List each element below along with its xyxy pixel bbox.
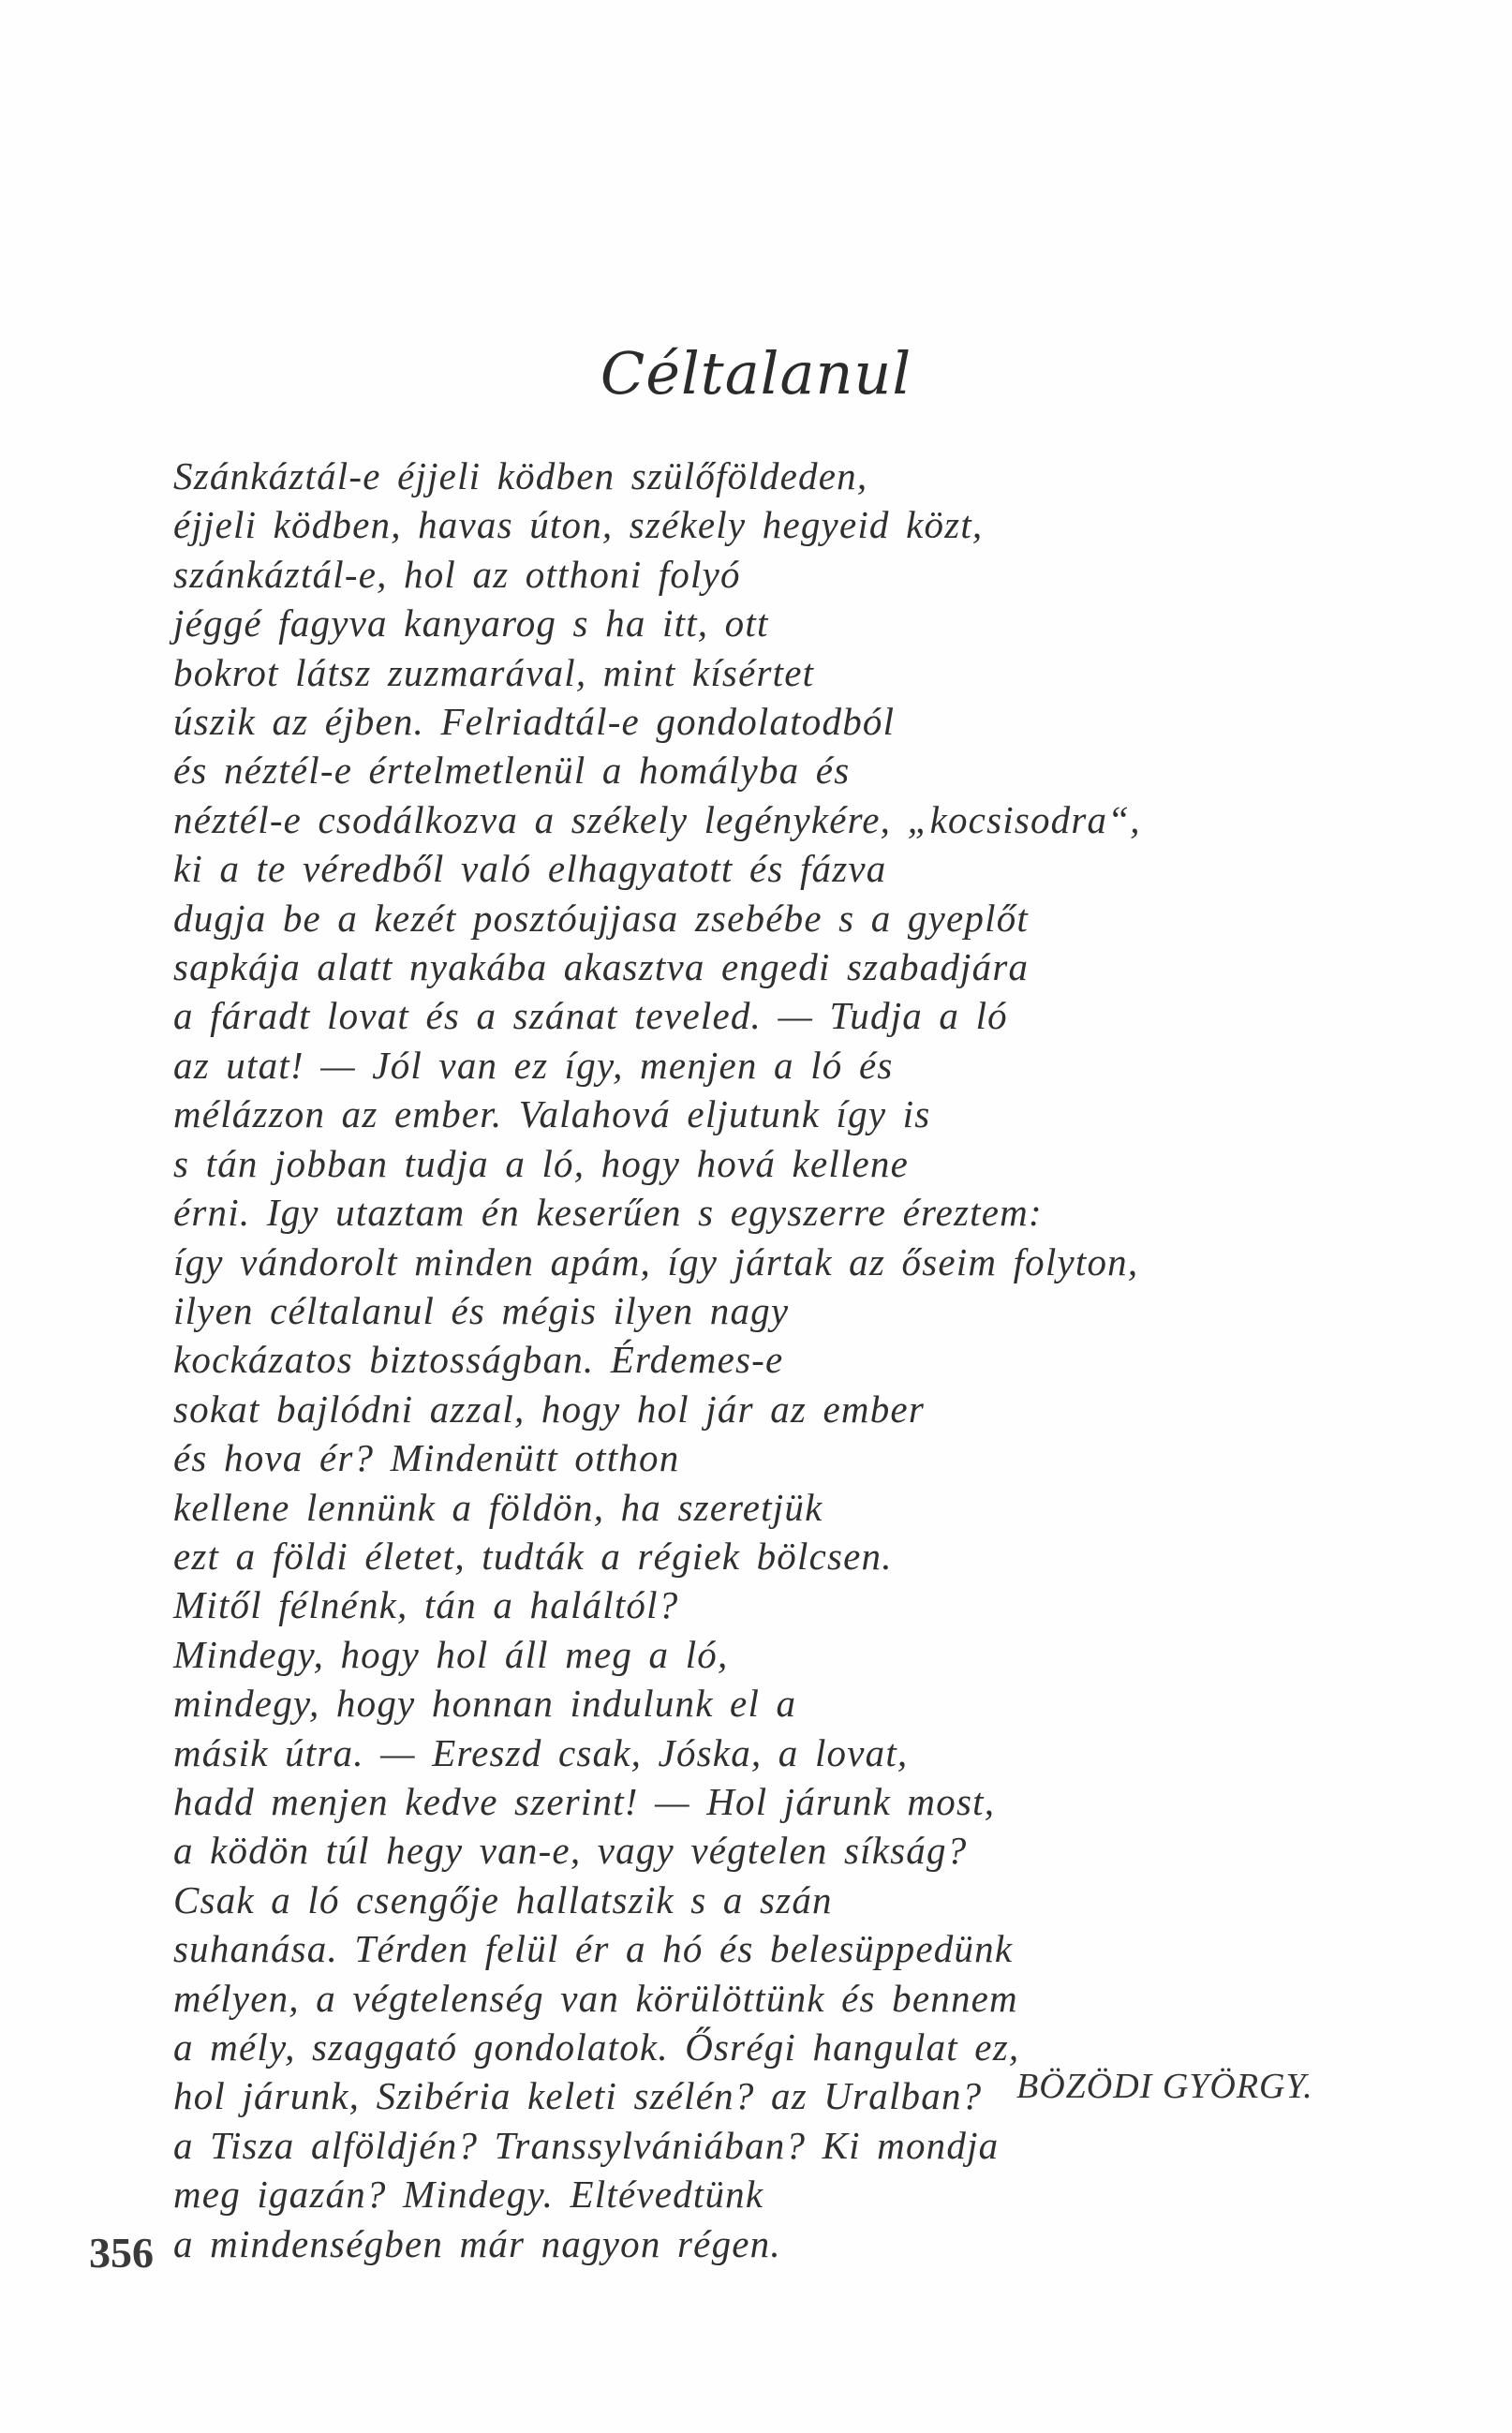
poem-line: mélyen, a végtelenség van körülöttünk és… [173, 1974, 1391, 2023]
poem-line: éjjeli ködben, havas úton, székely hegye… [173, 500, 1391, 549]
poem-line: így vándorolt minden apám, így jártak az… [173, 1238, 1391, 1286]
page-number: 356 [89, 2228, 154, 2277]
poem-line: ilyen céltalanul és mégis ilyen nagy [173, 1286, 1391, 1335]
poem-line: az utat! — Jól van ez így, menjen a ló é… [173, 1041, 1391, 1090]
poem-line: és néztél-e értelmetlenül a homályba és [173, 746, 1391, 794]
poem-line: kellene lennünk a földön, ha szeretjük [173, 1483, 1391, 1532]
poem-line: a mindenségben már nagyon régen. [173, 2219, 1391, 2268]
poem-line: érni. Igy utaztam én keserűen s egyszerr… [173, 1188, 1391, 1237]
poem-line: ki a te véredből való elhagyatott és fáz… [173, 844, 1391, 893]
poem-line: ezt a földi életet, tudták a régiek bölc… [173, 1532, 1391, 1580]
poem-line: másik útra. — Ereszd csak, Jóska, a lova… [173, 1728, 1391, 1777]
poem-line: a Tisza alföldjén? Transsylvániában? Ki … [173, 2121, 1391, 2170]
poem-line: a ködön túl hegy van-e, vagy végtelen sí… [173, 1826, 1391, 1875]
poem-line: Mindegy, hogy hol áll meg a ló, [173, 1630, 1391, 1679]
poem-line: néztél-e csodálkozva a székely legénykér… [173, 795, 1391, 844]
poem-line: mélázzon az ember. Valahová eljutunk így… [173, 1090, 1391, 1138]
poem-line: hadd menjen kedve szerint! — Hol járunk … [173, 1777, 1391, 1826]
poem-line: és hova ér? Mindenütt otthon [173, 1433, 1391, 1482]
poem-line: meg igazán? Mindegy. Eltévedtünk [173, 2170, 1391, 2218]
poem-line: Csak a ló csengője hallatszik s a szán [173, 1876, 1391, 1924]
poem-line: s tán jobban tudja a ló, hogy hová kelle… [173, 1139, 1391, 1188]
author-signature: BÖZÖDI GYÖRGY. [1016, 2066, 1313, 2107]
poem-line: Szánkáztál-e éjjeli ködben szülőföldeden… [173, 452, 1391, 500]
poem-line: úszik az éjben. Felriadtál-e gondolatodb… [173, 697, 1391, 746]
poem-line: suhanása. Térden felül ér a hó és belesü… [173, 1924, 1391, 1973]
poem-line: a fáradt lovat és a szánat teveled. — Tu… [173, 991, 1391, 1040]
poem-line: jéggé fagyva kanyarog s ha itt, ott [173, 599, 1391, 647]
book-page: Céltalanul Szánkáztál-e éjjeli ködben sz… [0, 0, 1512, 2433]
poem-body: Szánkáztál-e éjjeli ködben szülőföldeden… [173, 452, 1391, 2268]
poem-line: mindegy, hogy honnan indulunk el a [173, 1679, 1391, 1728]
poem-line: a mély, szaggató gondolatok. Ősrégi hang… [173, 2023, 1391, 2071]
poem-line: bokrot látsz zuzmarával, mint kísértet [173, 648, 1391, 697]
poem-line: Mitől félnénk, tán a haláltól? [173, 1580, 1391, 1629]
poem-line: dugja be a kezét posztóujjasa zsebébe s … [173, 894, 1391, 942]
poem-line: sokat bajlódni azzal, hogy hol jár az em… [173, 1385, 1391, 1433]
poem-title: Céltalanul [0, 339, 1512, 408]
poem-line: kockázatos biztosságban. Érdemes-e [173, 1335, 1391, 1384]
poem-line: sapkája alatt nyakába akasztva engedi sz… [173, 942, 1391, 991]
poem-line: szánkáztál-e, hol az otthoni folyó [173, 550, 1391, 599]
